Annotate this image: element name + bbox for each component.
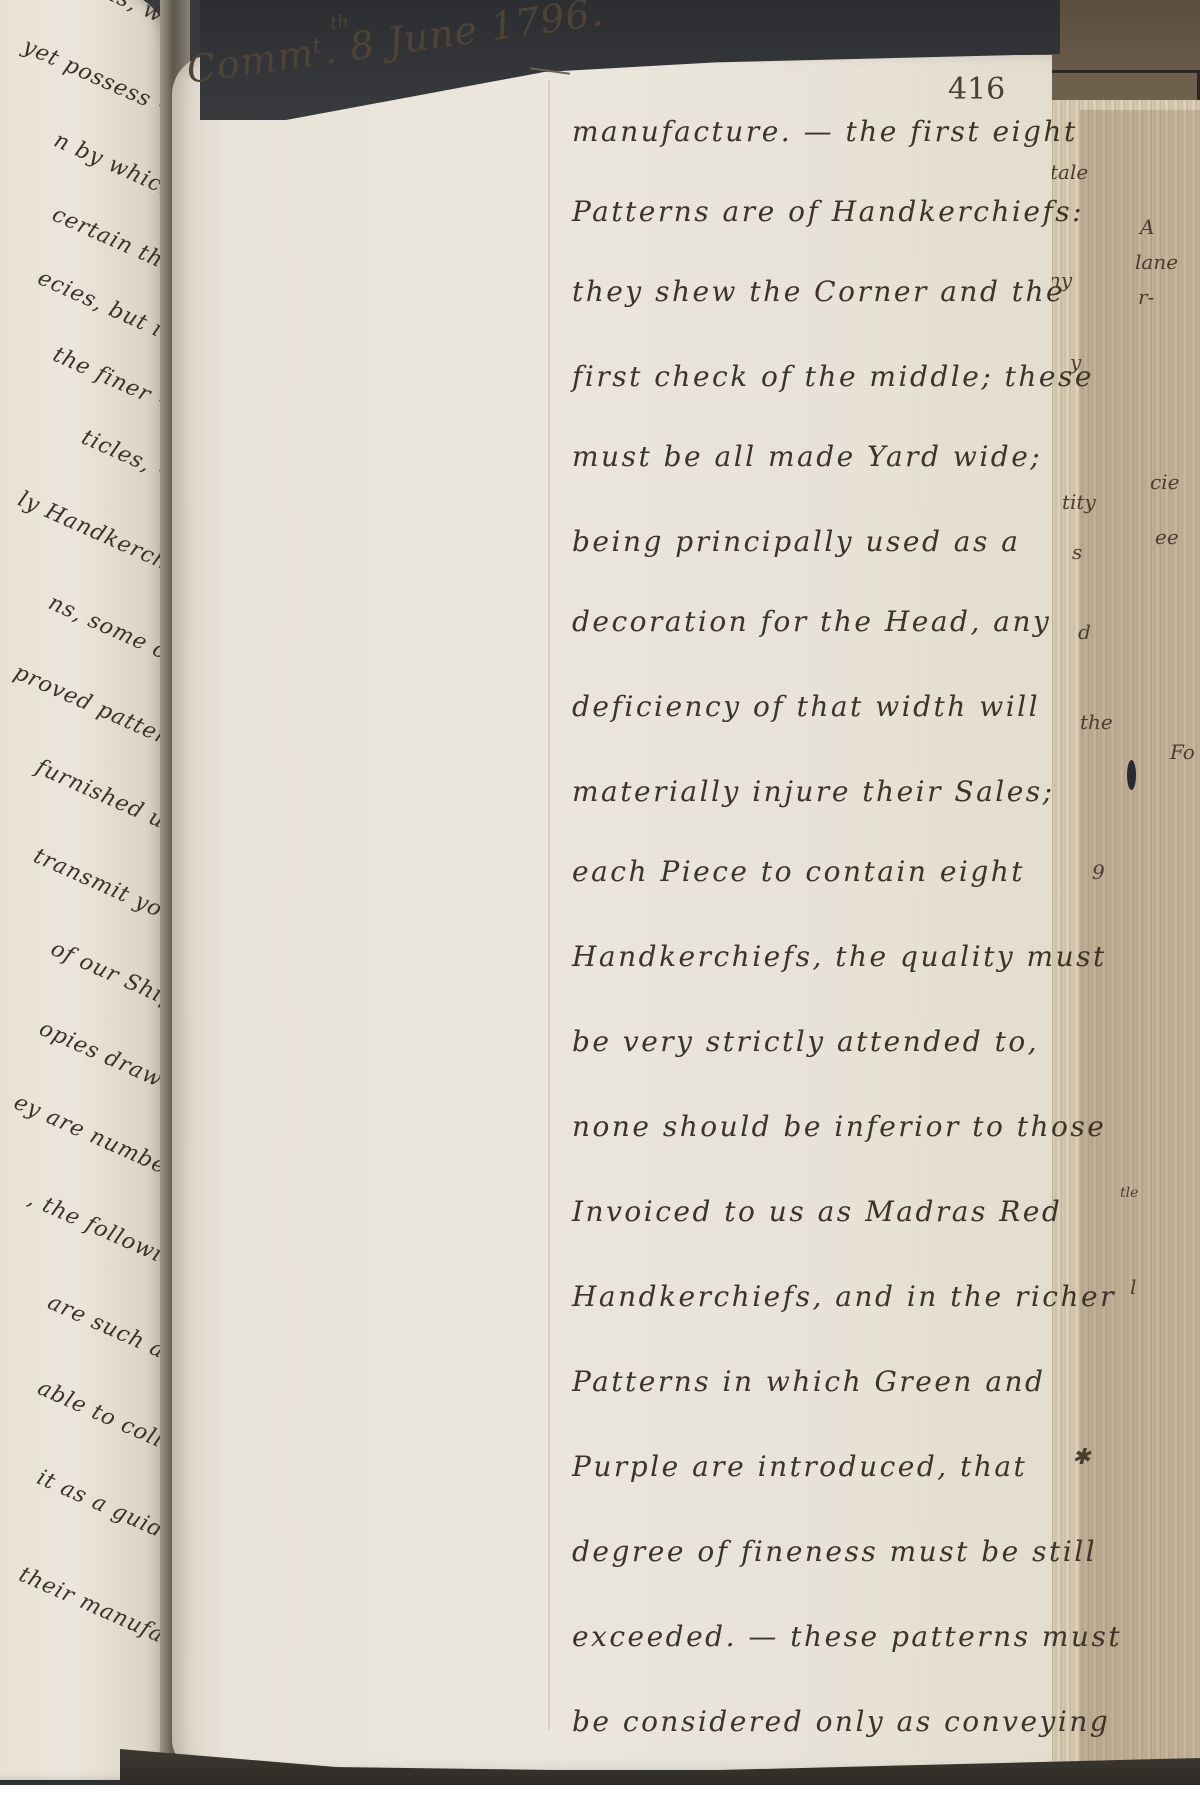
margin-fragment: s bbox=[1072, 540, 1082, 564]
left-fragment: opies drawn bbox=[10, 1005, 180, 1099]
margin-fragment: tity bbox=[1062, 490, 1096, 514]
margin-fragment: tle bbox=[1120, 1185, 1138, 1201]
left-fragment: proved pattern bbox=[10, 660, 180, 754]
left-fragment: transmit you bbox=[10, 835, 180, 929]
text-line: be considered only as conveying bbox=[572, 1705, 1110, 1738]
left-page-text: fessions, we yet possess + n by which ce… bbox=[0, 0, 170, 1780]
left-fragment: it as a guide bbox=[10, 1455, 180, 1549]
text-line: decoration for the Head, any bbox=[572, 605, 1051, 638]
text-line: they shew the Corner and the bbox=[572, 275, 1065, 308]
margin-fragment: d bbox=[1078, 620, 1091, 644]
left-fragment: , the followin bbox=[10, 1180, 180, 1274]
next-page-fragment: A bbox=[1140, 215, 1154, 239]
text-line: each Piece to contain eight bbox=[572, 855, 1025, 888]
margin-fragment: the bbox=[1080, 710, 1113, 734]
text-line: exceeded. — these patterns must bbox=[572, 1620, 1122, 1653]
margin-fragment: tale bbox=[1050, 160, 1088, 184]
margin-fragment: 9 bbox=[1092, 860, 1105, 884]
text-line: first check of the middle; these bbox=[572, 360, 1094, 393]
left-facing-page: fessions, we yet possess + n by which ce… bbox=[0, 0, 170, 1780]
text-line: Patterns are of Handkerchiefs: bbox=[572, 195, 1084, 228]
left-fragment: yet possess + bbox=[10, 30, 180, 124]
text-line: Handkerchiefs, and in the richer bbox=[572, 1280, 1116, 1313]
margin-fragment: l bbox=[1130, 1275, 1136, 1299]
next-page-fragment: cie bbox=[1150, 470, 1179, 494]
next-page-fragment: ee bbox=[1155, 525, 1179, 549]
page-fold-line bbox=[548, 80, 550, 1730]
text-line: Handkerchiefs, the quality must bbox=[572, 940, 1107, 973]
folio-number: 416 bbox=[948, 72, 1005, 107]
heading-superscript: th bbox=[329, 11, 351, 34]
left-fragment: n by which bbox=[10, 110, 180, 204]
text-line: Invoiced to us as Madras Red bbox=[572, 1195, 1062, 1228]
text-line: deficiency of that width will bbox=[572, 690, 1040, 723]
left-fragment: ns, some of bbox=[10, 575, 180, 669]
left-fragment: able to colle bbox=[10, 1365, 180, 1459]
text-line: must be all made Yard wide; bbox=[572, 440, 1042, 473]
left-fragment: fessions, we bbox=[10, 0, 180, 34]
next-page-fragment: lane bbox=[1135, 250, 1178, 274]
text-line: be very strictly attended to, bbox=[572, 1025, 1039, 1058]
text-line: Patterns in which Green and bbox=[572, 1365, 1045, 1398]
left-fragment: furnished us bbox=[10, 745, 180, 839]
insertion-mark: ✱ bbox=[1072, 1445, 1090, 1470]
left-fragment: ly Handkerchi bbox=[10, 485, 180, 579]
main-page bbox=[172, 55, 1052, 1770]
text-line: Purple are introduced, that bbox=[572, 1450, 1027, 1483]
text-line: being principally used as a bbox=[572, 525, 1020, 558]
ink-blot bbox=[1127, 760, 1136, 790]
text-line: none should be inferior to those bbox=[572, 1110, 1106, 1143]
text-line: materially injure their Sales; bbox=[572, 775, 1055, 808]
manuscript-photo: tale ny y tity s d the 9 tle l A lane r-… bbox=[0, 0, 1200, 1785]
left-fragment: of our Ship bbox=[10, 920, 180, 1014]
left-fragment: are such as bbox=[10, 1275, 180, 1369]
next-page-fragment: r- bbox=[1138, 285, 1154, 309]
next-page-fragment: Fo bbox=[1170, 740, 1195, 764]
text-line: degree of fineness must be still bbox=[572, 1535, 1097, 1568]
left-fragment: ey are number bbox=[10, 1090, 180, 1184]
left-fragment: their manufac bbox=[10, 1560, 180, 1654]
text-line: manufacture. — the first eight bbox=[572, 115, 1078, 148]
